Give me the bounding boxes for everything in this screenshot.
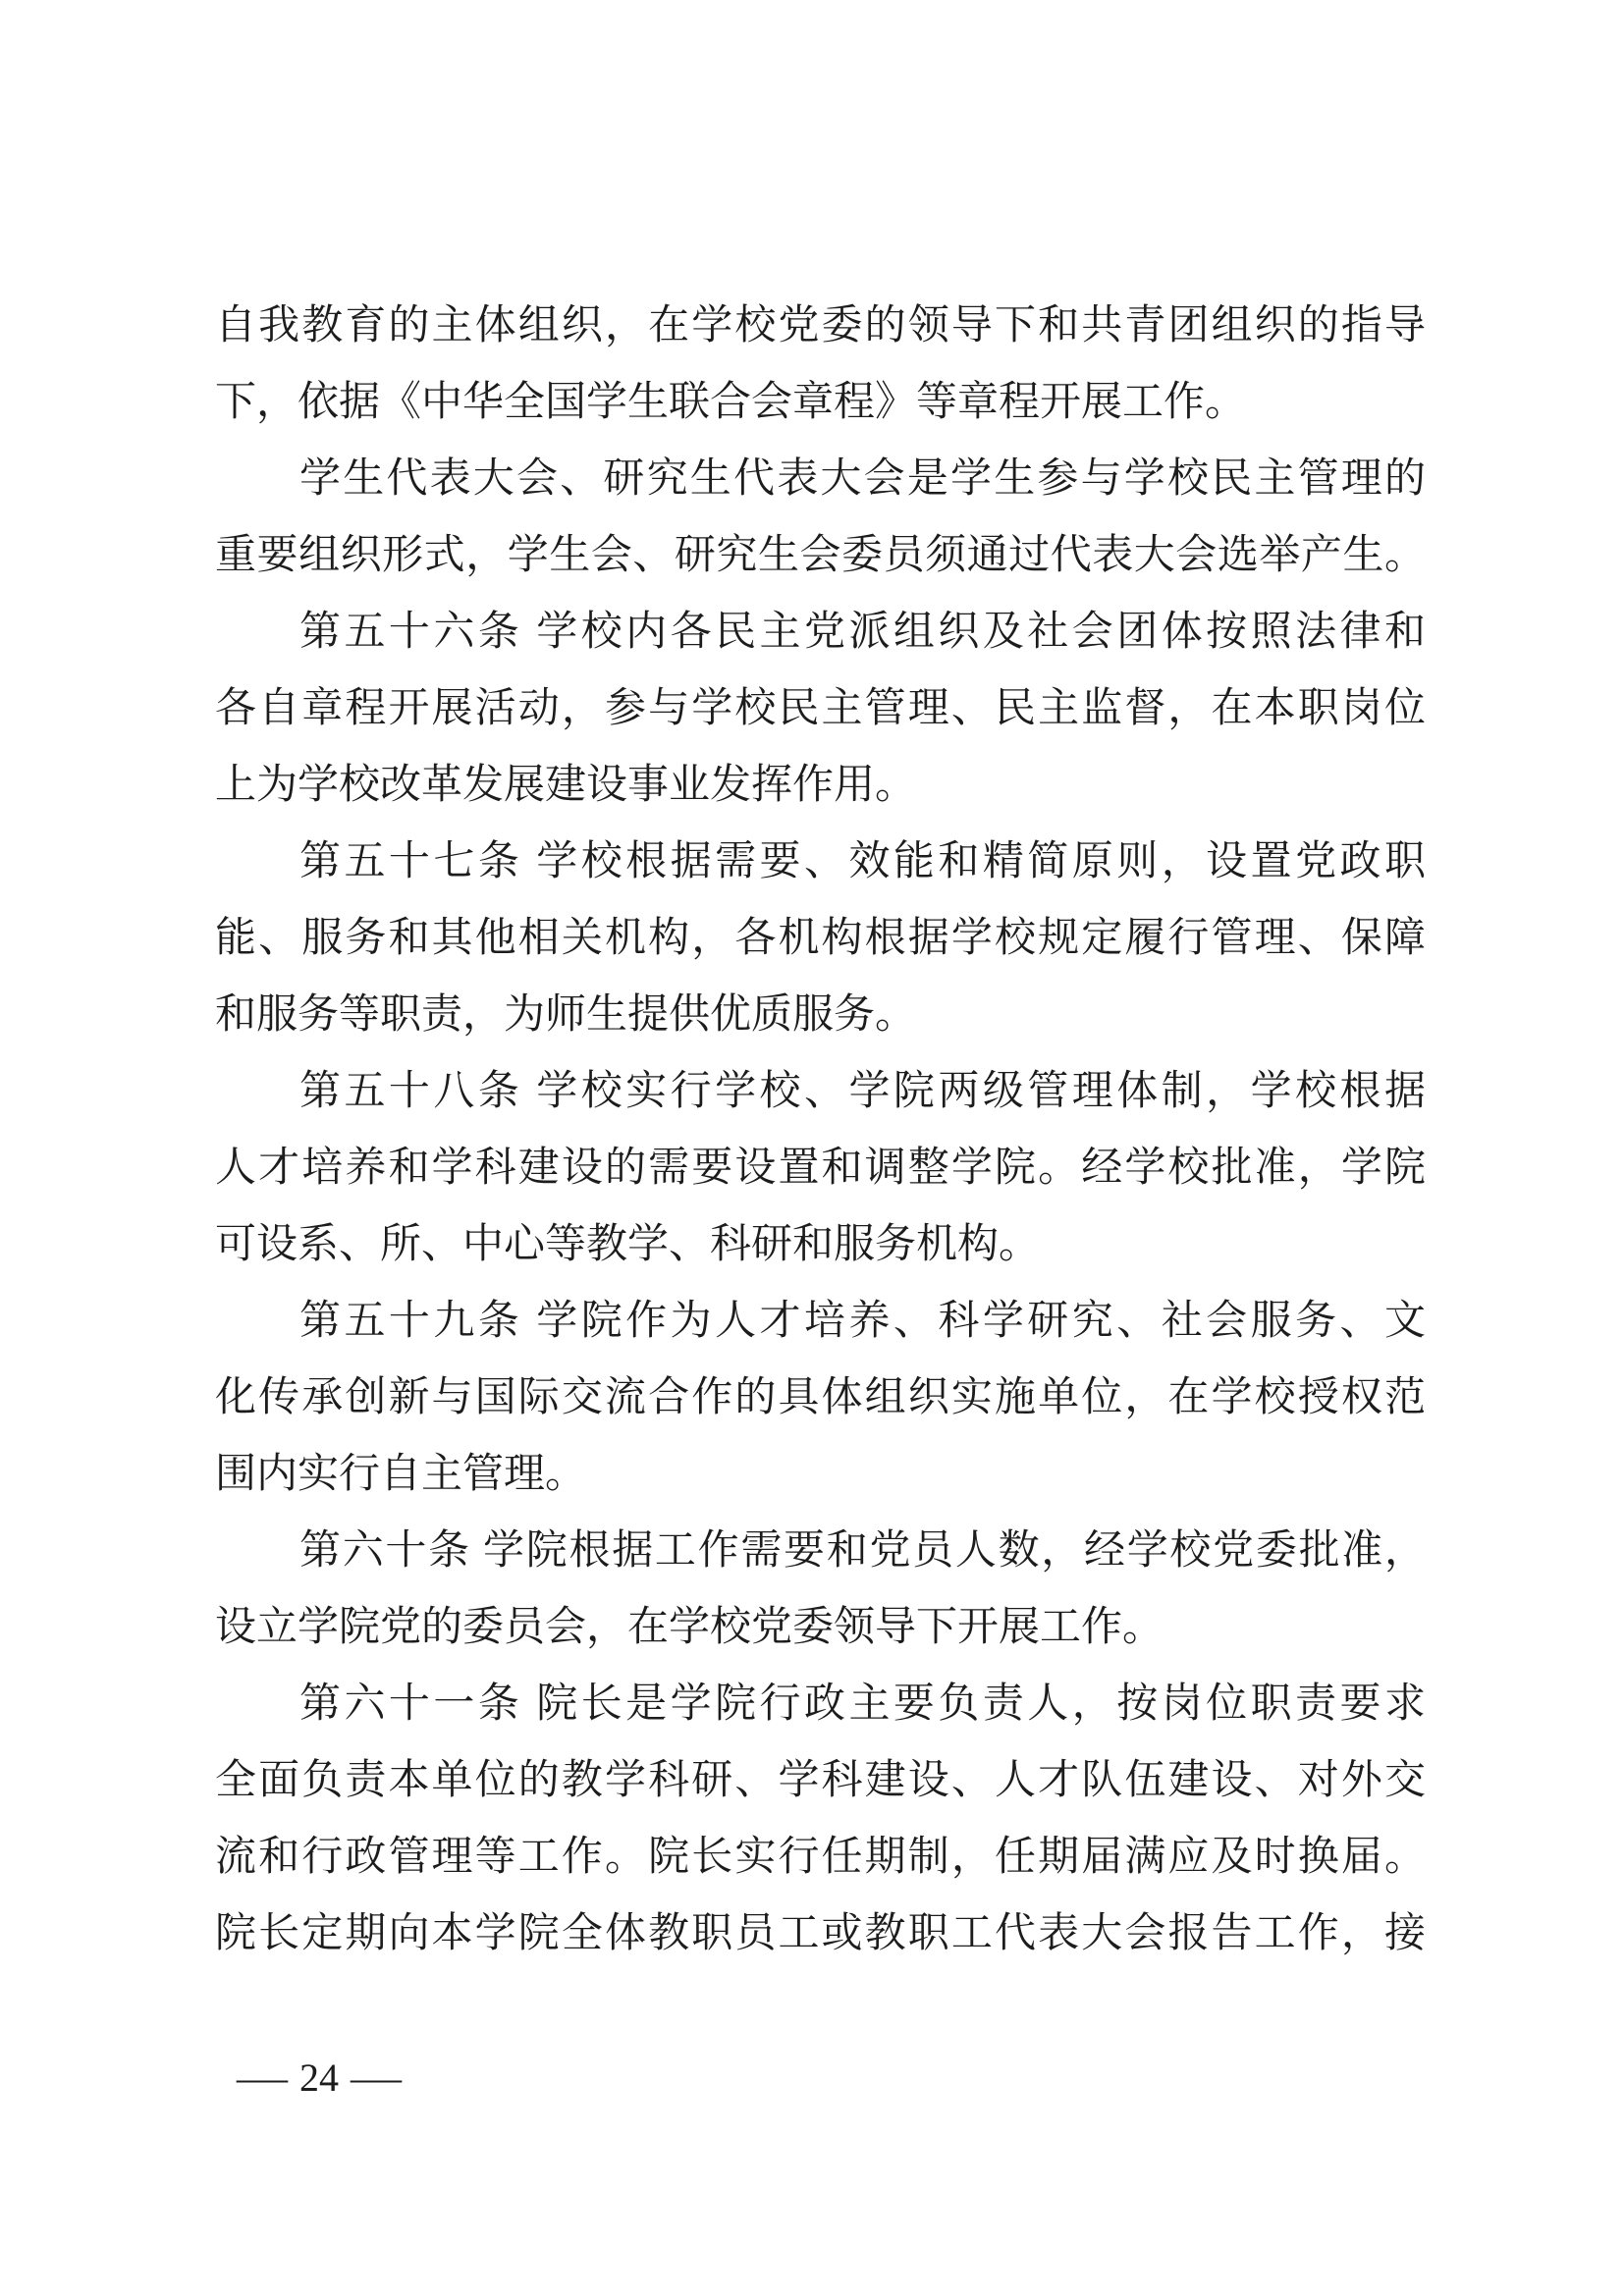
text-block: 自我教育的主体组织，在学校党委的领导下和共青团组织的指导下，依据《中华全国学生联… <box>215 288 1426 1972</box>
text-line: 流和行政管理等工作。院长实行任期制，任期届满应及时换届。 <box>215 1819 1426 1896</box>
text-line: 第六十一条 院长是学院行政主要负责人，按岗位职责要求 <box>215 1666 1426 1742</box>
text-line: 第五十七条 学校根据需要、效能和精简原则，设置党政职 <box>215 824 1426 900</box>
text-line: 重要组织形式，学生会、研究生会委员须通过代表大会选举产生。 <box>215 517 1426 594</box>
footer-dash-left: — <box>237 2054 288 2103</box>
footer-dash-right: — <box>351 2054 402 2103</box>
page-footer: — 24 — <box>243 2054 396 2103</box>
text-line: 第六十条 学院根据工作需要和党员人数，经学校党委批准， <box>215 1513 1426 1589</box>
text-line: 下，依据《中华全国学生联合会章程》等章程开展工作。 <box>215 364 1426 441</box>
text-line: 自我教育的主体组织，在学校党委的领导下和共青团组织的指导 <box>215 288 1426 364</box>
text-line: 化传承创新与国际交流合作的具体组织实施单位，在学校授权范 <box>215 1360 1426 1436</box>
text-line: 围内实行自主管理。 <box>215 1436 1426 1513</box>
text-line: 第五十六条 学校内各民主党派组织及社会团体按照法律和 <box>215 594 1426 670</box>
text-line: 上为学校改革发展建设事业发挥作用。 <box>215 747 1426 824</box>
text-line: 第五十八条 学校实行学校、学院两级管理体制，学校根据 <box>215 1053 1426 1130</box>
text-line: 可设系、所、中心等教学、科研和服务机构。 <box>215 1206 1426 1283</box>
page-number: 24 <box>299 2054 339 2103</box>
document-page: 自我教育的主体组织，在学校党委的领导下和共青团组织的指导下，依据《中华全国学生联… <box>0 0 1624 2296</box>
text-line: 第五十九条 学院作为人才培养、科学研究、社会服务、文 <box>215 1283 1426 1360</box>
text-line: 能、服务和其他相关机构，各机构根据学校规定履行管理、保障 <box>215 900 1426 977</box>
text-line: 全面负责本单位的教学科研、学科建设、人才队伍建设、对外交 <box>215 1742 1426 1819</box>
text-line: 院长定期向本学院全体教职员工或教职工代表大会报告工作，接 <box>215 1896 1426 1972</box>
text-line: 学生代表大会、研究生代表大会是学生参与学校民主管理的 <box>215 441 1426 517</box>
text-line: 设立学院党的委员会，在学校党委领导下开展工作。 <box>215 1589 1426 1666</box>
text-line: 人才培养和学科建设的需要设置和调整学院。经学校批准，学院 <box>215 1130 1426 1206</box>
text-line: 和服务等职责，为师生提供优质服务。 <box>215 977 1426 1053</box>
text-line: 各自章程开展活动，参与学校民主管理、民主监督，在本职岗位 <box>215 670 1426 747</box>
